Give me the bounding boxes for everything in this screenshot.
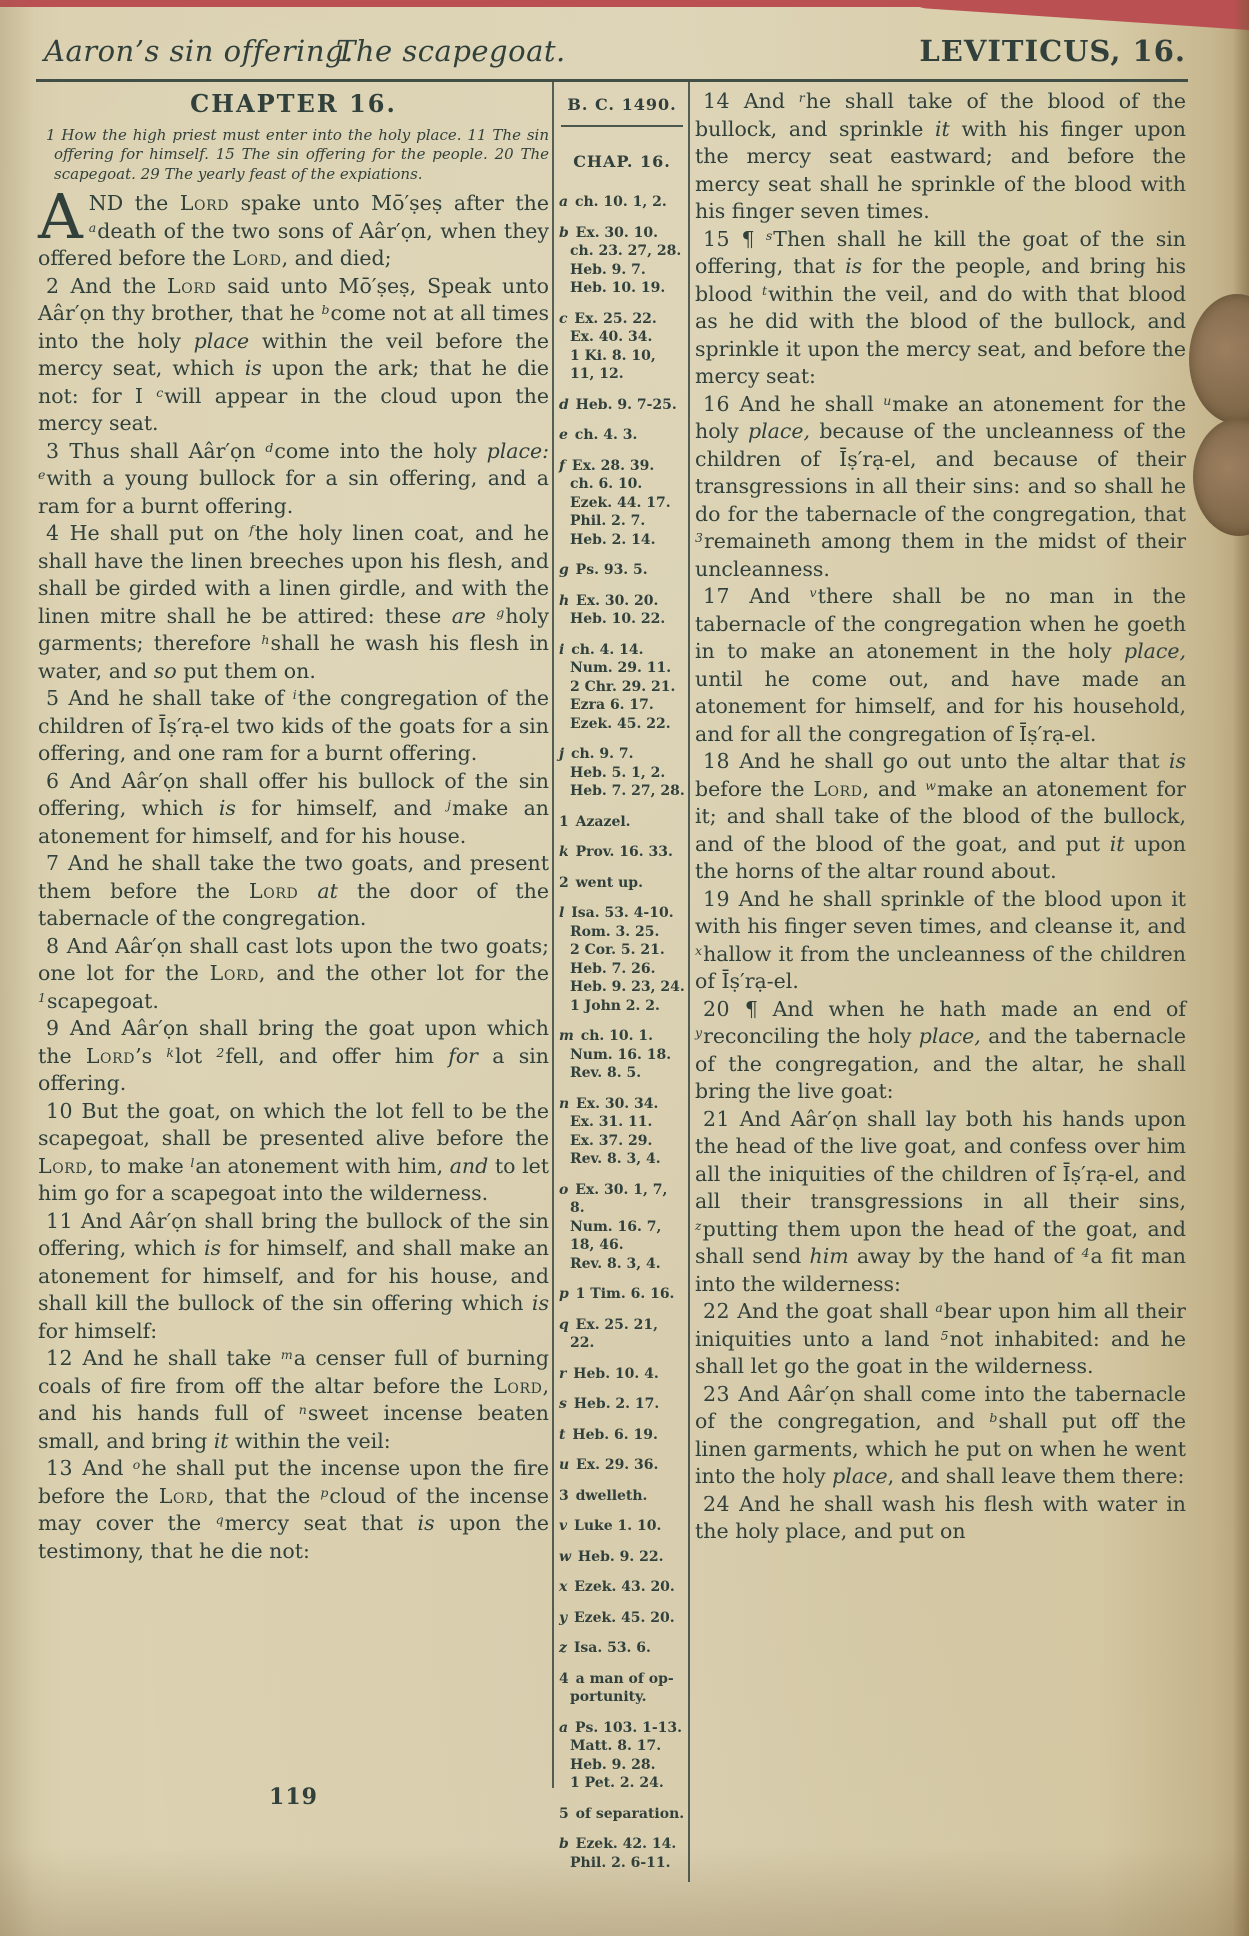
verse-6: 6 And Aâr′ọn shall offer his bullock of … [38, 768, 549, 851]
verse-11: 11 And Aâr′ọn shall bring the bullock of… [38, 1208, 549, 1346]
margin-ref-o: o Ex. 30. 1, 7, 8.Num. 16. 7,18, 46.Rev.… [559, 1181, 685, 1274]
margin-ref-t: t Heb. 6. 19. [559, 1426, 685, 1445]
margin-ref-5: 5 of separation. [559, 1805, 685, 1824]
margin-ref-e: e ch. 4. 3. [559, 426, 685, 445]
verse-number: 5 [46, 686, 60, 710]
era-rule [561, 125, 683, 127]
book-cover-corner [889, 0, 1249, 30]
verse-15: 15 ¶ sThen shall he kill the goat of the… [695, 226, 1186, 391]
margin-ref-d: d Heb. 9. 7-25. [559, 396, 685, 415]
margin-references: a ch. 10. 1, 2.b Ex. 30. 10.ch. 23. 27, … [559, 193, 685, 1872]
verse-20: 20 ¶ And when he hath made an end of yre… [695, 996, 1186, 1106]
margin-ref-x: x Ezek. 43. 20. [559, 1578, 685, 1597]
verse-number: 14 [703, 89, 730, 113]
verse-23: 23 And Aâr′ọn shall come into the tabern… [695, 1381, 1186, 1491]
verse-number: 9 [46, 1016, 60, 1040]
verse-4: 4 He shall put on fthe holy linen coat, … [38, 520, 549, 685]
column-divider-right [688, 82, 690, 1882]
chapter-heading: CHAPTER 16. [38, 90, 549, 118]
scripture-column-left: CHAPTER 16. 1 How the high priest must e… [38, 90, 549, 1565]
column-divider-left [552, 82, 554, 1788]
margin-ref-n: n Ex. 30. 34.Ex. 31. 11.Ex. 37. 29.Rev. … [559, 1095, 685, 1169]
margin-ref-b: b Ex. 30. 10.ch. 23. 27, 28.Heb. 9. 7.He… [559, 224, 685, 298]
verse-number: 11 [46, 1209, 73, 1233]
verses-1-13: AND the Lord spake unto Mō′ṣeṣ after the… [38, 190, 549, 1565]
verse-22: 22 And the goat shall abear upon him all… [695, 1298, 1186, 1381]
chapter-summary: 1 How the high priest must enter into th… [38, 126, 549, 185]
verse-2: 2 And the Lord said unto Mō′ṣeṣ, Speak u… [38, 273, 549, 438]
verse-number: 6 [46, 769, 60, 793]
verse-number: 24 [703, 1492, 730, 1516]
margin-reference-column: B. C. 1490. CHAP. 16. a ch. 10. 1, 2.b E… [559, 96, 685, 1884]
running-head-book-title: LEVITICUS, 16. [919, 34, 1186, 68]
margin-ref-r: r Heb. 10. 4. [559, 1365, 685, 1384]
verse-number: 4 [46, 521, 60, 545]
page-left-shading [0, 0, 34, 1936]
verse-24: 24 And he shall wash his flesh with wate… [695, 1491, 1186, 1546]
verse-number: 17 [703, 584, 730, 608]
running-head-left: Aaron’s sin offering. [44, 34, 354, 68]
verse-16: 16 And he shall umake an atonement for t… [695, 391, 1186, 584]
margin-ref-a: a ch. 10. 1, 2. [559, 193, 685, 212]
verse-number: 13 [46, 1456, 73, 1480]
verse-number: 10 [46, 1099, 73, 1123]
verse-number: 7 [46, 851, 60, 875]
page-number: 119 [38, 1784, 549, 1810]
margin-ref-q: q Ex. 25. 21, 22. [559, 1316, 685, 1353]
verse-number: 18 [703, 749, 730, 773]
verse-9: 9 And Aâr′ọn shall bring the goat upon w… [38, 1015, 549, 1098]
margin-ref-v: v Luke 1. 10. [559, 1517, 685, 1536]
margin-ref-m: m ch. 10. 1.Num. 16. 18.Rev. 8. 5. [559, 1027, 685, 1083]
verse-13: 13 And ohe shall put the incense upon th… [38, 1455, 549, 1565]
margin-ref-h: h Ex. 30. 20.Heb. 10. 22. [559, 592, 685, 629]
margin-ref-a: a Ps. 103. 1-13.Matt. 8. 17.Heb. 9. 28.1… [559, 1719, 685, 1793]
verse-number: 22 [703, 1299, 730, 1323]
verse-number: 23 [703, 1382, 730, 1406]
verse-8: 8 And Aâr′ọn shall cast lots upon the tw… [38, 933, 549, 1016]
chapter-label: CHAP. 16. [559, 153, 685, 172]
thumb-index-notch [1193, 418, 1249, 536]
margin-ref-f: f Ex. 28. 39.ch. 6. 10.Ezek. 44. 17.Phil… [559, 457, 685, 550]
margin-ref-j: j ch. 9. 7.Heb. 5. 1, 2.Heb. 7. 27, 28. [559, 745, 685, 801]
verse-number: 19 [703, 887, 730, 911]
margin-ref-s: s Heb. 2. 17. [559, 1395, 685, 1414]
verse-7: 7 And he shall take the two goats, and p… [38, 850, 549, 933]
verse-number: 8 [46, 934, 60, 958]
margin-ref-3: 3 dwelleth. [559, 1487, 685, 1506]
verse-number: 3 [46, 439, 60, 463]
margin-ref-l: l Isa. 53. 4-10.Rom. 3. 25.2 Cor. 5. 21.… [559, 904, 685, 1015]
verse-number: 12 [46, 1346, 73, 1370]
page-right-shading [1233, 0, 1249, 1936]
margin-ref-c: c Ex. 25. 22.Ex. 40. 34.1 Ki. 8. 10,11, … [559, 310, 685, 384]
header-rule [36, 79, 1188, 82]
margin-ref-i: i ch. 4. 14.Num. 29. 11.2 Chr. 29. 21.Ez… [559, 641, 685, 734]
margin-ref-y: y Ezek. 45. 20. [559, 1609, 685, 1628]
scripture-column-right: 14 And rhe shall take of the blood of th… [695, 88, 1186, 1546]
verse-21: 21 And Aâr′ọn shall lay both his hands u… [695, 1106, 1186, 1299]
margin-ref-z: z Isa. 53. 6. [559, 1639, 685, 1658]
era-date: B. C. 1490. [559, 96, 685, 115]
margin-ref-2: 2 went up. [559, 874, 685, 893]
verses-14-24: 14 And rhe shall take of the blood of th… [695, 88, 1186, 1546]
bible-page: Aaron’s sin offering. The scapegoat. LEV… [0, 0, 1249, 1936]
margin-ref-g: g Ps. 93. 5. [559, 561, 685, 580]
verse-12: 12 And he shall take ma censer full of b… [38, 1345, 549, 1455]
verse-number: 15 [703, 227, 730, 251]
verse-number: 20 [703, 997, 730, 1021]
margin-ref-1: 1 Azazel. [559, 813, 685, 832]
verse-number: 21 [703, 1107, 730, 1131]
verse-number: 2 [46, 274, 60, 298]
margin-ref-w: w Heb. 9. 22. [559, 1548, 685, 1567]
verse-1: AND the Lord spake unto Mō′ṣeṣ after the… [38, 190, 549, 273]
margin-ref-b: b Ezek. 42. 14.Phil. 2. 6-11. [559, 1835, 685, 1872]
verse-18: 18 And he shall go out unto the altar th… [695, 748, 1186, 886]
thumb-index-notch [1189, 294, 1249, 424]
verse-17: 17 And vthere shall be no man in the tab… [695, 583, 1186, 748]
margin-ref-u: u Ex. 29. 36. [559, 1456, 685, 1475]
verse-10: 10 But the goat, on which the lot fell t… [38, 1098, 549, 1208]
running-head: Aaron’s sin offering. The scapegoat. LEV… [44, 34, 1186, 80]
margin-ref-4: 4 a man of op-portunity. [559, 1670, 685, 1707]
verse-5: 5 And he shall take of ithe congregation… [38, 685, 549, 768]
verse-number: 16 [703, 392, 730, 416]
margin-ref-k: k Prov. 16. 33. [559, 843, 685, 862]
verse-3: 3 Thus shall Aâr′ọn dcome into the holy … [38, 438, 549, 521]
margin-ref-p: p 1 Tim. 6. 16. [559, 1285, 685, 1304]
verse-19: 19 And he shall sprinkle of the blood up… [695, 886, 1186, 996]
running-head-center: The scapegoat. [336, 34, 566, 68]
verse-14: 14 And rhe shall take of the blood of th… [695, 88, 1186, 226]
drop-cap: A [38, 190, 89, 242]
